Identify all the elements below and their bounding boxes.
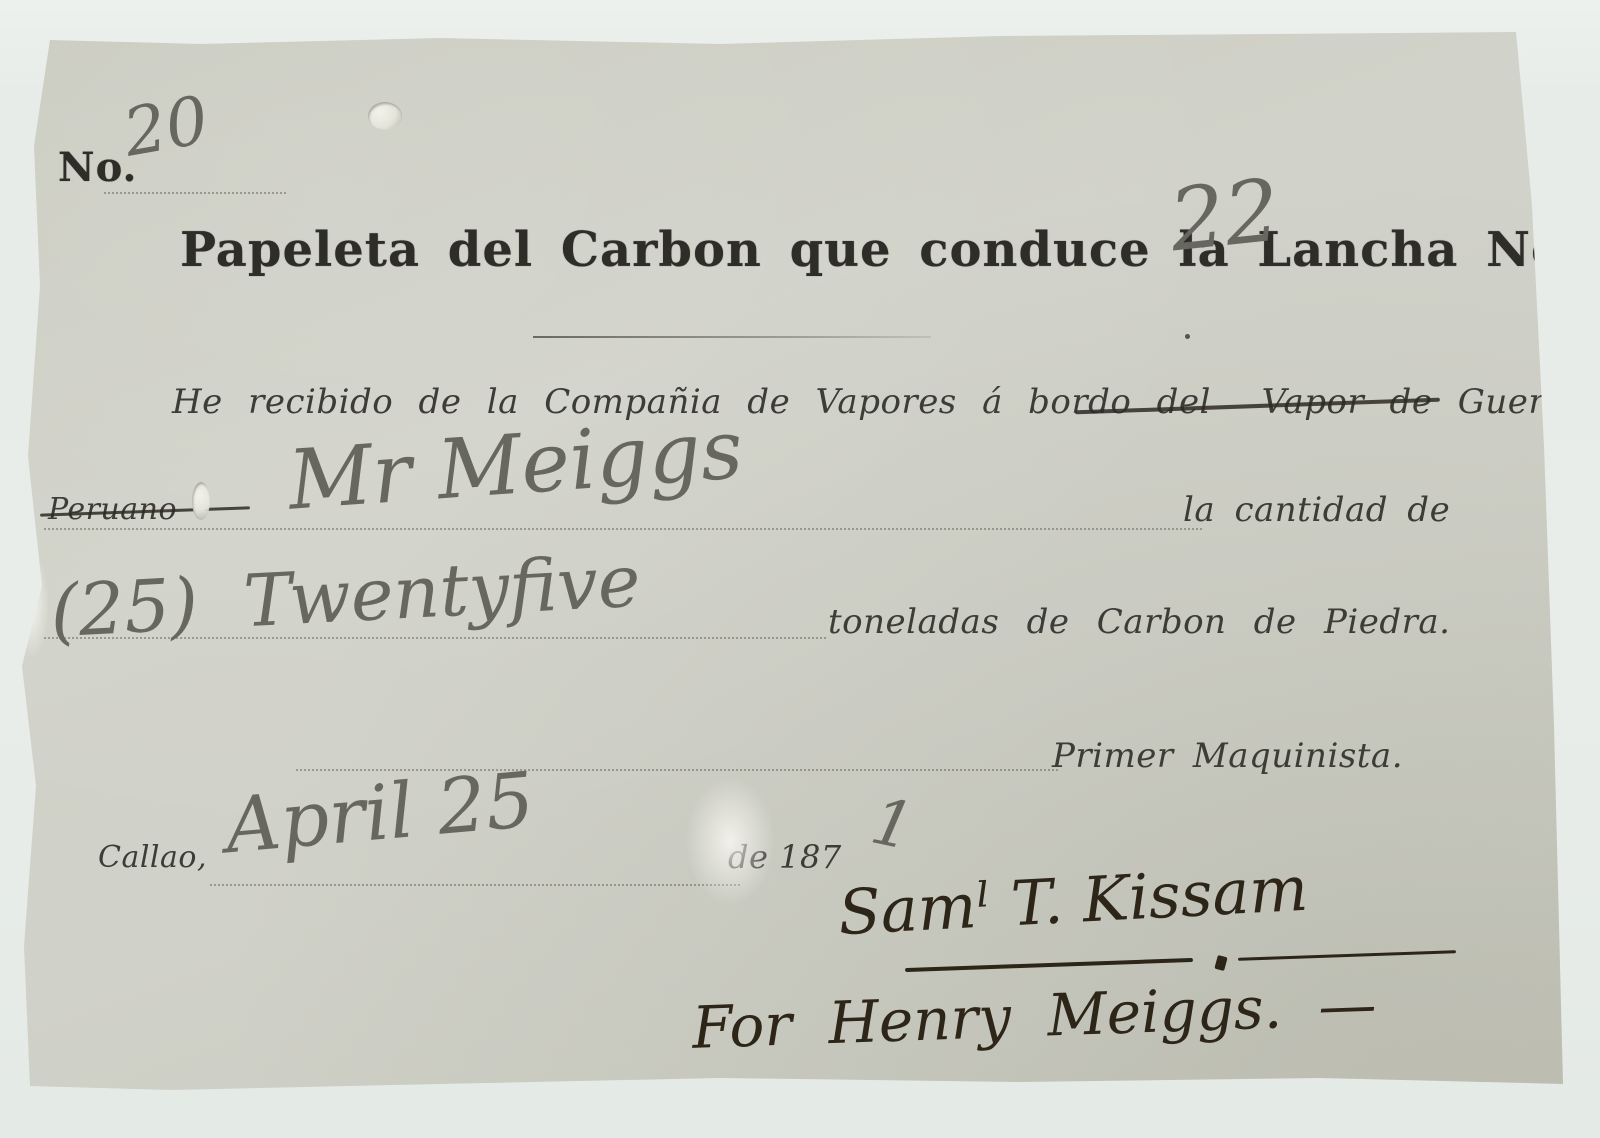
signer-title-text: Primer Maquinista. [1052, 736, 1403, 776]
torn-edge-spot [14, 556, 48, 656]
cargo-line-text: toneladas de Carbon de Piedra. [828, 602, 1450, 642]
date-day-handwritten: April 25 [222, 755, 538, 871]
place-text: Callao, [98, 840, 207, 875]
torn-edge-spot-2 [14, 166, 36, 236]
title-divider-rule [533, 336, 931, 338]
quantity-numeral: (25) [48, 562, 200, 654]
quantity-line [44, 637, 826, 639]
scan-background: No. 20 Papeleta del Carbon que conduce l… [0, 0, 1600, 1138]
date-line [210, 884, 740, 886]
quantity-words: Twentyfive [242, 539, 643, 644]
document-title: Papeleta del Carbon que conduce la Lanch… [180, 222, 1581, 278]
signature-underline-right [1238, 950, 1456, 961]
quantity-lead-text: la cantidad de [1183, 490, 1450, 530]
paper-dimple [192, 482, 210, 520]
signature-ditto-mark [1214, 955, 1227, 971]
ink-speck [1185, 334, 1190, 339]
form-number-value: 20 [118, 81, 214, 171]
punch-hole [368, 102, 402, 130]
countersignature-handwritten: For Henry Meiggs. — [691, 970, 1377, 1062]
paper-crease [685, 776, 775, 906]
form-number-label: No. [58, 144, 137, 191]
recipient-line [44, 528, 1202, 530]
form-number-line [104, 192, 286, 194]
signature-handwritten: Samˡ T. Kissam [836, 852, 1309, 950]
lancha-number-handwritten: 22 [1165, 161, 1284, 272]
signature-underline-left [905, 958, 1193, 972]
year-digit-handwritten: 1 [865, 785, 920, 866]
document-paper: No. 20 Papeleta del Carbon que conduce l… [20, 26, 1565, 1090]
